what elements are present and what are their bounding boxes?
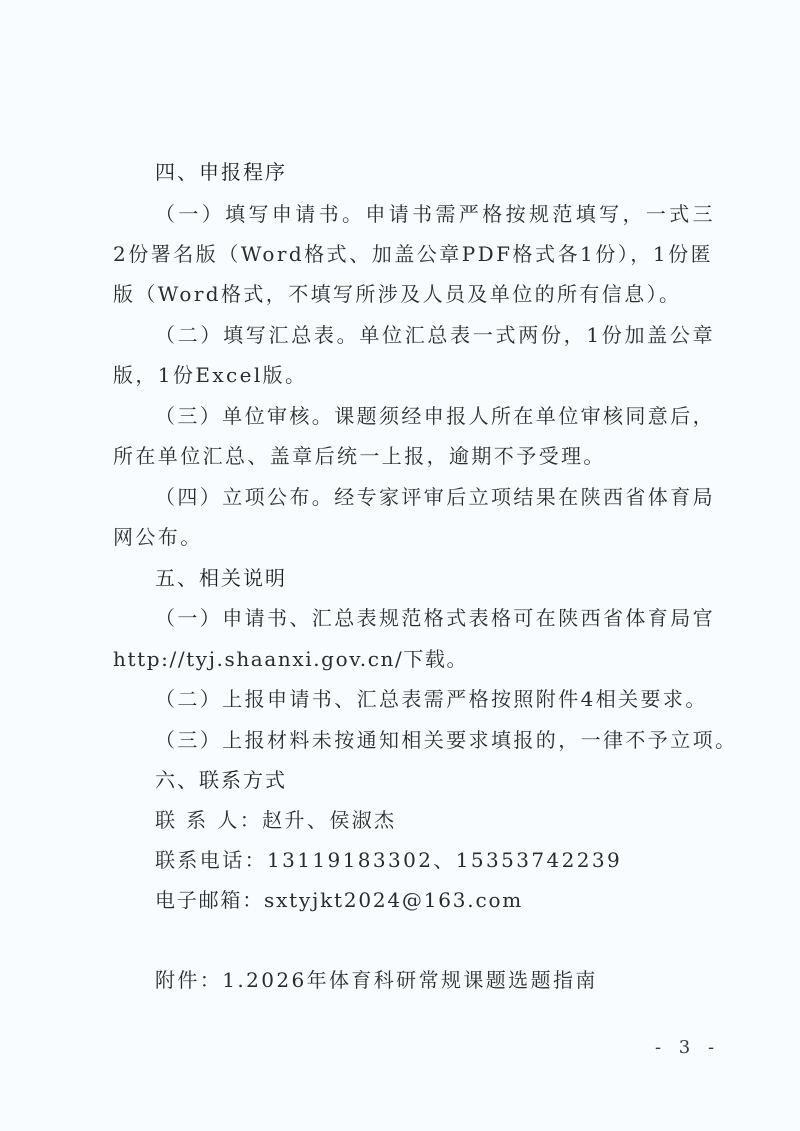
document-page: 四、申报程序 （一）填写申请书。申请书需严格按规范填写，一式三份， 2份署名版（… — [0, 0, 800, 1131]
contact-phone: 联系电话：13119183302、15353742239 — [155, 846, 715, 874]
paragraph-fill-application-line-1: （一）填写申请书。申请书需严格按规范填写，一式三份， — [155, 200, 715, 228]
paragraph-unit-review-line-2: 所在单位汇总、盖章后统一上报，逾期不予受理。 — [113, 442, 713, 470]
contact-email[interactable]: 电子邮箱：sxtyjkt2024@163.com — [155, 886, 715, 914]
attachment-note: 附件：1.2026年体育科研常规课题选题指南 — [155, 966, 715, 994]
download-url-link[interactable]: http://tyj.shaanxi.gov.cn/下载。 — [113, 645, 713, 673]
paragraph-unit-review-line-1: （三）单位审核。课题须经申报人所在单位审核同意后，由 — [155, 402, 715, 430]
section-heading-contact-info: 六、联系方式 — [155, 766, 755, 794]
section-heading-application-procedure: 四、申报程序 — [155, 158, 755, 186]
section-heading-related-notes: 五、相关说明 — [155, 564, 755, 592]
contact-person: 联 系 人：赵升、侯淑杰 — [155, 806, 715, 834]
paragraph-fill-summary-line-1: （二）填写汇总表。单位汇总表一式两份，1份加盖公章PDF — [155, 321, 715, 349]
paragraph-project-announcement-line-1: （四）立项公布。经专家评审后立项结果在陕西省体育局官 — [155, 483, 715, 511]
paragraph-no-approval-notice: （三）上报材料未按通知相关要求填报的，一律不予立项。 — [155, 726, 715, 754]
paragraph-fill-application-line-2: 2份署名版（Word格式、加盖公章PDF格式各1份），1份匿名 — [113, 240, 713, 268]
paragraph-fill-summary-line-2: 版，1份Excel版。 — [113, 361, 713, 389]
paragraph-fill-application-line-3: 版（Word格式，不填写所涉及人员及单位的所有信息）。 — [113, 280, 713, 308]
paragraph-submission-requirements: （二）上报申请书、汇总表需严格按照附件4相关要求。 — [155, 685, 715, 713]
page-number: - 3 - — [655, 1037, 720, 1058]
paragraph-forms-download-line-1: （一）申请书、汇总表规范格式表格可在陕西省体育局官网 — [155, 604, 715, 632]
paragraph-project-announcement-line-2: 网公布。 — [113, 523, 713, 551]
